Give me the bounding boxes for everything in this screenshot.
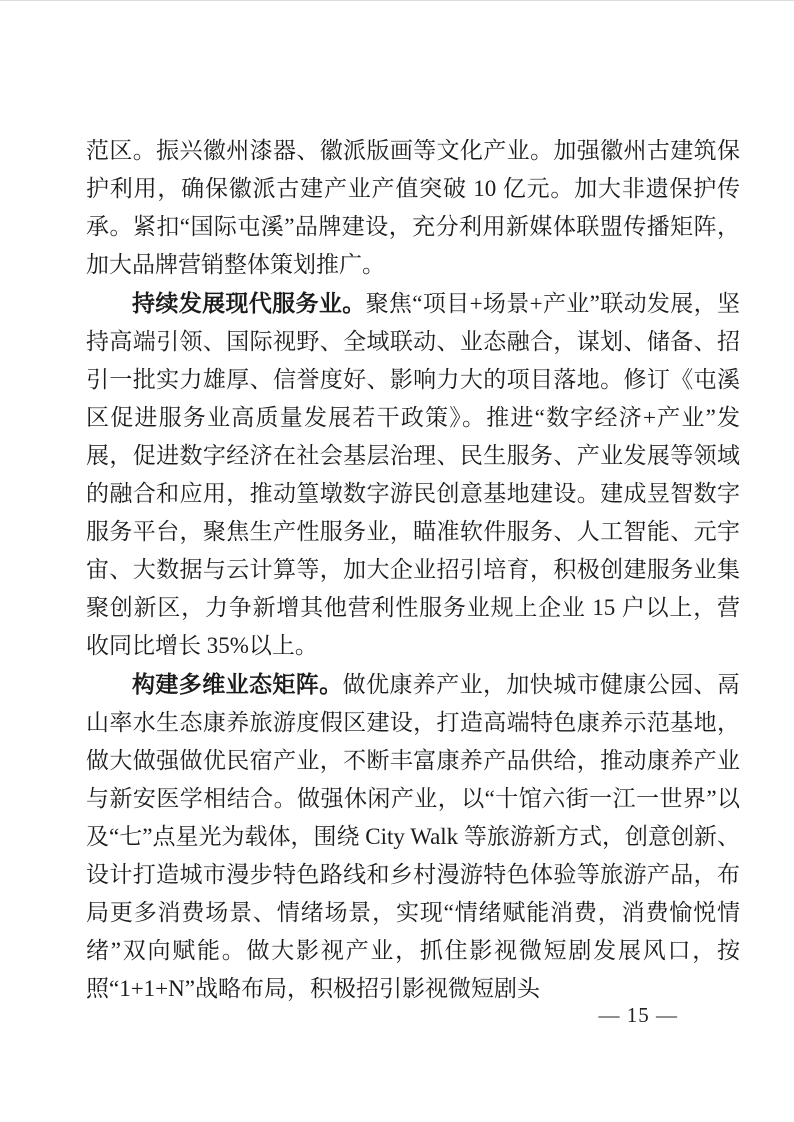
- paragraph-text: 做优康养产业，加快城市健康公园、鬲山率水生态康养旅游度假区建设，打造高端特色康养…: [86, 672, 740, 1001]
- paragraph-lead: 持续发展现代服务业。: [132, 290, 366, 316]
- page-number: — 15 —: [599, 1001, 679, 1029]
- paragraph-text: 聚焦“项目+场景+产业”联动发展，坚持高端引领、国际视野、全域联动、业态融合，谋…: [86, 291, 740, 658]
- document-page: 范区。振兴徽州漆器、徽派版画等文化产业。加强徽州古建筑保护利用，确保徽派古建产业…: [0, 0, 794, 1122]
- paragraph-text: 范区。振兴徽州漆器、徽派版画等文化产业。加强徽州古建筑保护利用，确保徽派古建产业…: [86, 138, 740, 277]
- paragraph-lead: 构建多维业态矩阵。: [132, 671, 343, 697]
- paragraph-business-matrix: 构建多维业态矩阵。做优康养产业，加快城市健康公园、鬲山率水生态康养旅游度假区建设…: [86, 665, 740, 1008]
- paragraph-continuation: 范区。振兴徽州漆器、徽派版画等文化产业。加强徽州古建筑保护利用，确保徽派古建产业…: [86, 132, 740, 284]
- paragraph-modern-services: 持续发展现代服务业。聚焦“项目+场景+产业”联动发展，坚持高端引领、国际视野、全…: [86, 284, 740, 665]
- page-body: 范区。振兴徽州漆器、徽派版画等文化产业。加强徽州古建筑保护利用，确保徽派古建产业…: [86, 132, 740, 1008]
